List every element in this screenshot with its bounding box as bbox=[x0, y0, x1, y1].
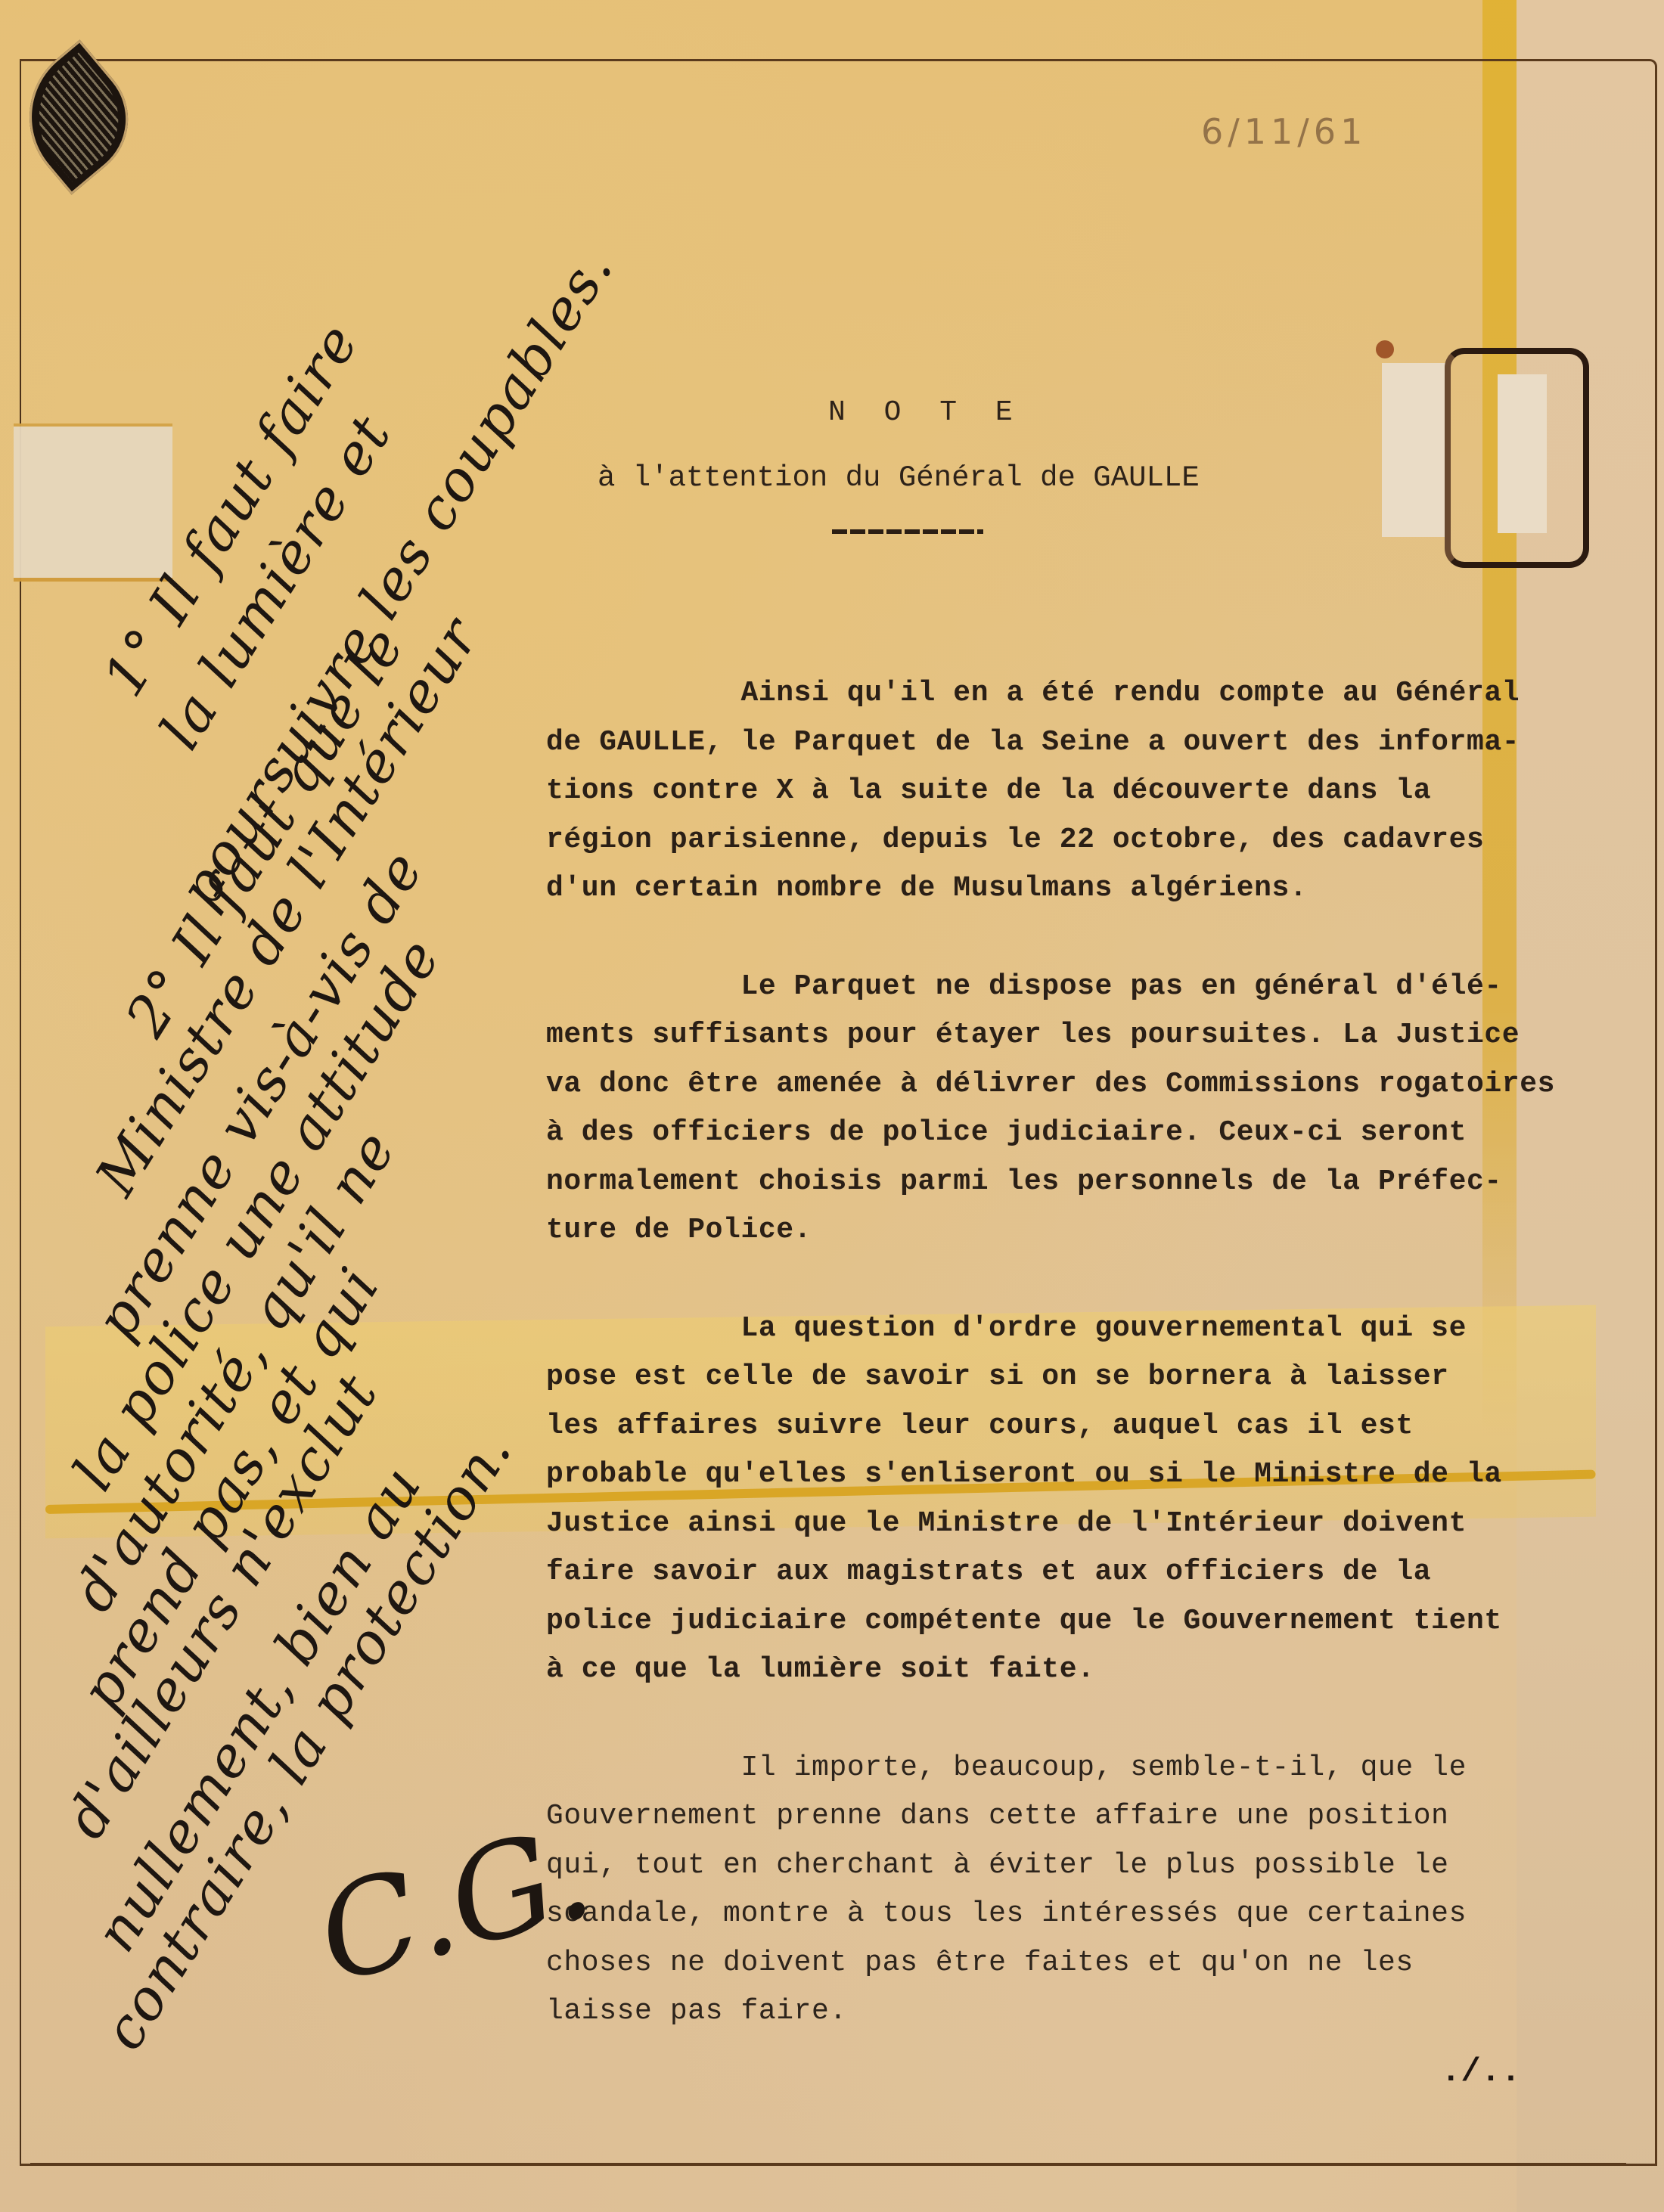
document-title: N O T E bbox=[828, 396, 1023, 429]
text-line: La question d'ordre gouvernemental qui s… bbox=[546, 1305, 1643, 1354]
text-line: tions contre X à la suite de la découver… bbox=[546, 767, 1643, 816]
text-line: Gouvernement prenne dans cette affaire u… bbox=[546, 1792, 1643, 1841]
text-line: région parisienne, depuis le 22 octobre,… bbox=[546, 816, 1643, 865]
text-line: laisse pas faire. bbox=[546, 1987, 1643, 2037]
clip-tape-left bbox=[1382, 363, 1450, 537]
document-subtitle: à l'attention du Général de GAULLE bbox=[598, 461, 1200, 495]
text-line: de GAULLE, le Parquet de la Seine a ouve… bbox=[546, 718, 1643, 768]
paper-clip-icon bbox=[1373, 333, 1577, 544]
paragraph-1: Ainsi qu'il en a été rendu compte au Gén… bbox=[546, 669, 1643, 914]
text-line: Il importe, beaucoup, semble-t-il, que l… bbox=[546, 1744, 1643, 1793]
text-line: faire savoir aux magistrats et aux offic… bbox=[546, 1548, 1643, 1597]
text-line: Justice ainsi que le Ministre de l'Intér… bbox=[546, 1500, 1643, 1549]
title-separator bbox=[832, 529, 983, 534]
document-body: Ainsi qu'il en a été rendu compte au Gén… bbox=[546, 669, 1643, 2086]
clip-tape-right bbox=[1498, 374, 1547, 533]
text-line: ments suffisants pour étayer les poursui… bbox=[546, 1011, 1643, 1060]
paragraph-3: La question d'ordre gouvernemental qui s… bbox=[546, 1305, 1643, 1695]
text-line: pose est celle de savoir si on se borner… bbox=[546, 1353, 1643, 1402]
paragraph-4: Il importe, beaucoup, semble-t-il, que l… bbox=[546, 1744, 1643, 2037]
text-line: normalement choisis parmi les personnels… bbox=[546, 1158, 1643, 1207]
text-line: scandale, montre à tous les intéressés q… bbox=[546, 1890, 1643, 1939]
text-line: qui, tout en cherchant à éviter le plus … bbox=[546, 1841, 1643, 1891]
text-line: choses ne doivent pas être faites et qu'… bbox=[546, 1939, 1643, 1988]
handwritten-annotation: 1° Il faut faire la lumière et poursuivr… bbox=[15, 227, 590, 2042]
continuation-mark: ./.. bbox=[1441, 2053, 1521, 2091]
text-line: à des officiers de police judiciaire. Ce… bbox=[546, 1109, 1643, 1158]
text-line: Le Parquet ne dispose pas en général d'é… bbox=[546, 963, 1643, 1012]
text-line: à ce que la lumière soit faite. bbox=[546, 1646, 1643, 1695]
text-line: police judiciaire compétente que le Gouv… bbox=[546, 1597, 1643, 1646]
document-underline-border bbox=[30, 2163, 1626, 2165]
text-line: ture de Police. bbox=[546, 1206, 1643, 1255]
text-line: Ainsi qu'il en a été rendu compte au Gén… bbox=[546, 669, 1643, 718]
text-line: probable qu'elles s'enliseront ou si le … bbox=[546, 1450, 1643, 1500]
text-line: va donc être amenée à délivrer des Commi… bbox=[546, 1060, 1643, 1109]
date-mark: 6/11/61 bbox=[1201, 111, 1367, 152]
text-line: les affaires suivre leur cours, auquel c… bbox=[546, 1402, 1643, 1451]
paragraph-2: Le Parquet ne dispose pas en général d'é… bbox=[546, 963, 1643, 1255]
text-line: d'un certain nombre de Musulmans algérie… bbox=[546, 864, 1643, 914]
clip-pin-icon bbox=[1376, 340, 1394, 358]
